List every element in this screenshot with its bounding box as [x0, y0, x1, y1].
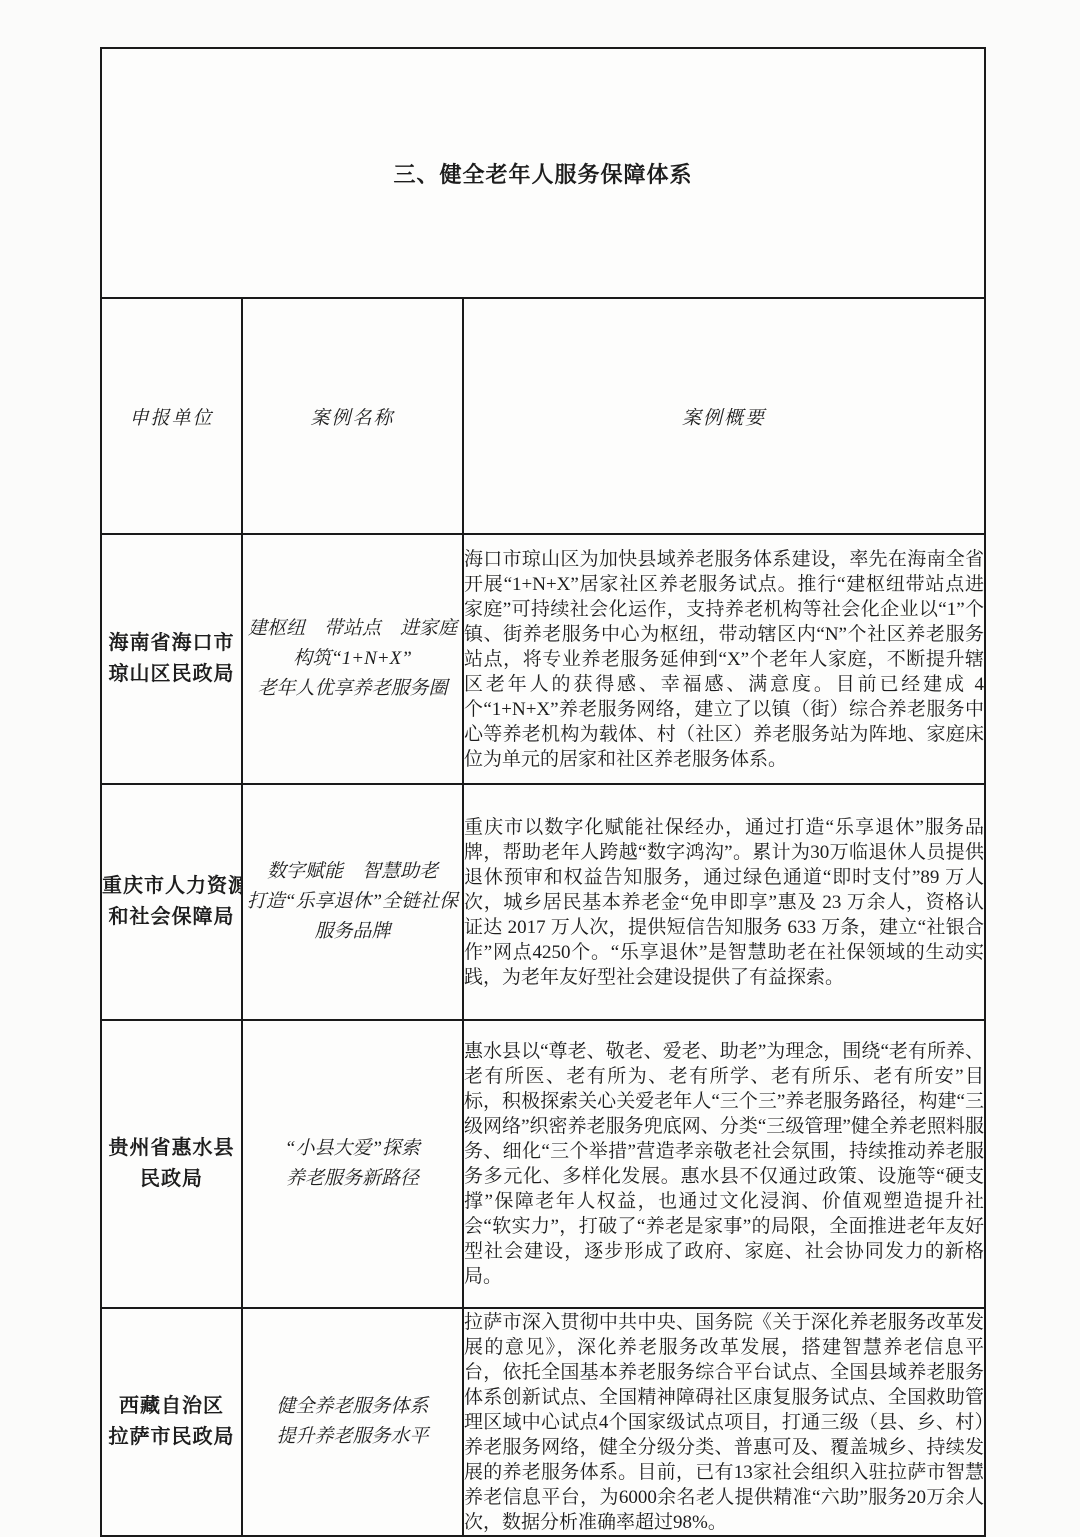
cell-line: 建枢纽 带站点 进家庭 — [243, 614, 462, 644]
column-header-unit: 申报单位 — [101, 298, 242, 534]
case-name-cell: “小县大爱”探索养老服务新路径 — [242, 1020, 463, 1308]
case-summary-text: 海口市琼山区为加快县域养老服务体系建设，率先在海南全省开展“1+N+X”居家社区… — [464, 547, 984, 772]
case-summary-text: 重庆市以数字化赋能社保经办，通过打造“乐享退休”服务品牌，帮助老年人跨越“数字鸿… — [464, 815, 984, 990]
section-title: 三、健全老年人服务保障体系 — [101, 48, 985, 298]
unit-cell: 西藏自治区拉萨市民政局 — [101, 1308, 242, 1536]
unit-cell: 重庆市人力资源和社会保障局 — [101, 784, 242, 1020]
cell-line: 拉萨市民政局 — [102, 1422, 241, 1453]
cell-line: 打造“乐享退休”全链社保服务品牌 — [243, 887, 462, 947]
case-name-cell: 健全养老服务体系提升养老服务水平 — [242, 1308, 463, 1536]
document-page: 三、健全老年人服务保障体系 申报单位 案例名称 案例概要 海南省海口市琼山区民政… — [100, 47, 986, 1537]
column-header-row: 申报单位 案例名称 案例概要 — [101, 298, 985, 534]
cell-line: 重庆市人力资源 — [102, 871, 241, 902]
table-row: 海南省海口市琼山区民政局 建枢纽 带站点 进家庭构筑“1+N+X”老年人优享养老… — [101, 534, 985, 784]
cell-line: 提升养老服务水平 — [243, 1422, 462, 1452]
table-row: 西藏自治区拉萨市民政局 健全养老服务体系提升养老服务水平 拉萨市深入贯彻中共中央… — [101, 1308, 985, 1536]
table-body: 海南省海口市琼山区民政局 建枢纽 带站点 进家庭构筑“1+N+X”老年人优享养老… — [101, 534, 985, 1536]
case-summary-cell: 海口市琼山区为加快县域养老服务体系建设，率先在海南全省开展“1+N+X”居家社区… — [463, 534, 985, 784]
table-row: 贵州省惠水县民政局 “小县大爱”探索养老服务新路径 惠水县以“尊老、敬老、爱老、… — [101, 1020, 985, 1308]
case-summary-text: 拉萨市深入贯彻中共中央、国务院《关于深化养老服务改革发展的意见》，深化养老服务改… — [464, 1310, 984, 1535]
case-summary-cell: 拉萨市深入贯彻中共中央、国务院《关于深化养老服务改革发展的意见》，深化养老服务改… — [463, 1308, 985, 1536]
cell-line: 健全养老服务体系 — [243, 1392, 462, 1422]
cell-line: 贵州省惠水县 — [102, 1133, 241, 1164]
case-table: 三、健全老年人服务保障体系 申报单位 案例名称 案例概要 海南省海口市琼山区民政… — [100, 47, 986, 1537]
case-summary-cell: 惠水县以“尊老、敬老、爱老、助老”为理念，围绕“老有所养、老有所医、老有所为、老… — [463, 1020, 985, 1308]
cell-line: 老年人优享养老服务圈 — [243, 674, 462, 704]
cell-line: 民政局 — [102, 1164, 241, 1195]
cell-line: 和社会保障局 — [102, 902, 241, 933]
cell-line: 养老服务新路径 — [243, 1164, 462, 1194]
section-title-row: 三、健全老年人服务保障体系 — [101, 48, 985, 298]
cell-line: 海南省海口市 — [102, 628, 241, 659]
column-header-case-summary: 案例概要 — [463, 298, 985, 534]
table-head: 三、健全老年人服务保障体系 申报单位 案例名称 案例概要 — [101, 48, 985, 534]
cell-line: “小县大爱”探索 — [243, 1134, 462, 1164]
case-summary-cell: 重庆市以数字化赋能社保经办，通过打造“乐享退休”服务品牌，帮助老年人跨越“数字鸿… — [463, 784, 985, 1020]
cell-line: 西藏自治区 — [102, 1391, 241, 1422]
table-row: 重庆市人力资源和社会保障局 数字赋能 智慧助老打造“乐享退休”全链社保服务品牌 … — [101, 784, 985, 1020]
cell-line: 数字赋能 智慧助老 — [243, 857, 462, 887]
cell-line: 琼山区民政局 — [102, 659, 241, 690]
column-header-case-name: 案例名称 — [242, 298, 463, 534]
case-name-cell: 建枢纽 带站点 进家庭构筑“1+N+X”老年人优享养老服务圈 — [242, 534, 463, 784]
case-summary-text: 惠水县以“尊老、敬老、爱老、助老”为理念，围绕“老有所养、老有所医、老有所为、老… — [464, 1039, 984, 1289]
unit-cell: 海南省海口市琼山区民政局 — [101, 534, 242, 784]
cell-line: 构筑“1+N+X” — [243, 644, 462, 674]
unit-cell: 贵州省惠水县民政局 — [101, 1020, 242, 1308]
case-name-cell: 数字赋能 智慧助老打造“乐享退休”全链社保服务品牌 — [242, 784, 463, 1020]
